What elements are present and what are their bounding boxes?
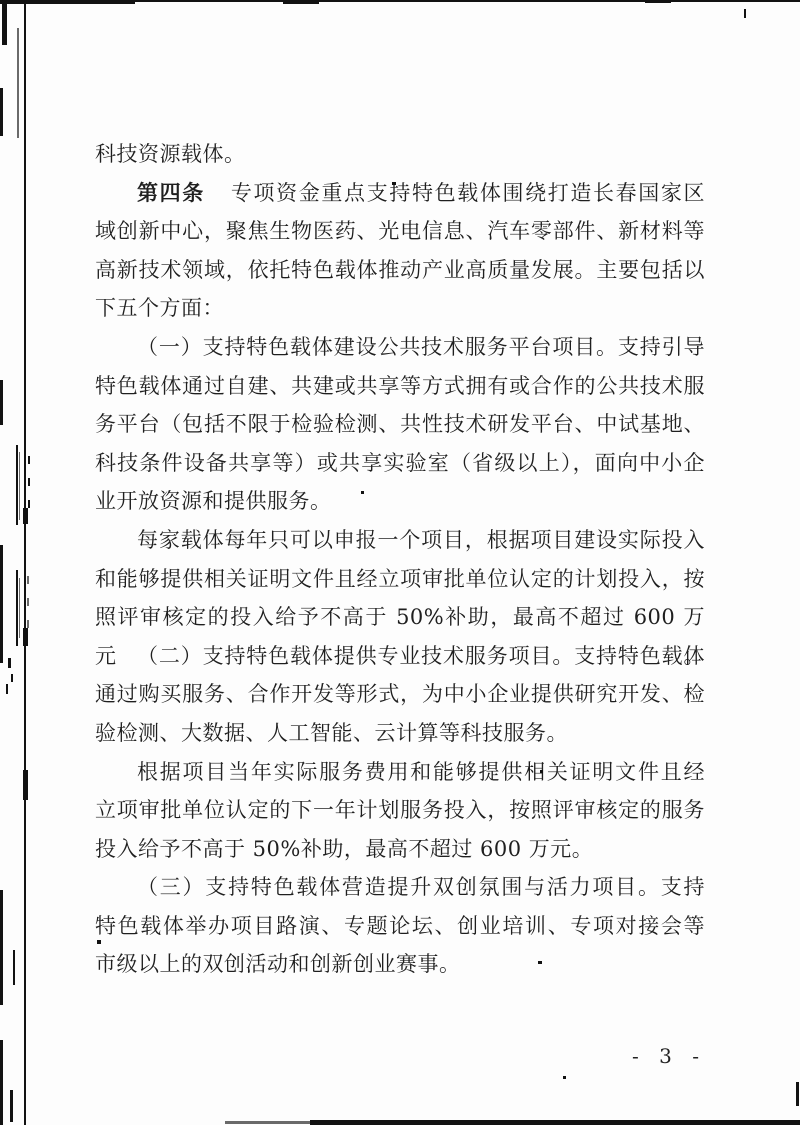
- scan-artifact: [796, 1082, 799, 1106]
- scan-artifact: [0, 890, 3, 1005]
- text-line: 投入给予不高于 50%补助，最高不超过 600 万元。: [95, 830, 705, 869]
- text-line: 验检测、大数据、人工智能、云计算等科技服务。: [95, 714, 705, 753]
- scan-artifact: [27, 576, 29, 584]
- document-text-block: 科技资源载体。 第四条专项资金重点支持特色载体围绕打造长春国家区 域创新中心，聚…: [95, 135, 705, 984]
- scan-artifact: [0, 88, 3, 136]
- scan-artifact: [0, 0, 135, 4]
- text-line: 下五个方面：: [95, 289, 705, 328]
- scan-artifact: [0, 1040, 3, 1125]
- text-line: 域创新中心，聚焦生物医药、光电信息、汽车零部件、新材料等: [95, 212, 705, 251]
- scan-artifact: [97, 940, 101, 944]
- text-line: 业开放资源和提供服务。: [95, 482, 705, 521]
- scan-artifact: [24, 0, 26, 1125]
- scan-artifact: [23, 628, 28, 646]
- text-line: 照评审核定的投入给予不高于 50%补助，最高不超过 600 万元。: [95, 598, 705, 637]
- scan-artifact: [563, 1076, 566, 1079]
- scan-artifact: [28, 478, 30, 486]
- text-line: 科技条件设备共享等）或共享实验室（省级以上），面向中小企: [95, 444, 705, 483]
- scan-artifact: [744, 9, 746, 18]
- scan-artifact: [27, 620, 29, 628]
- scan-artifact: [283, 0, 319, 4]
- scan-artifact: [16, 570, 18, 646]
- scan-artifact: [8, 658, 11, 668]
- text-line: 高新技术领域，依托特色载体推动产业高质量发展。主要包括以: [95, 251, 705, 290]
- text-line-item-2: （二）支持特色载体提供专业技术服务项目。支持特色载体: [95, 637, 705, 676]
- text-line: 根据项目当年实际服务费用和能够提供相关证明文件且经: [95, 753, 705, 792]
- scan-artifact: [392, 182, 396, 185]
- scan-artifact: [645, 0, 671, 3]
- text-line: 每家载体每年只可以申报一个项目，根据项目建设实际投入: [95, 521, 705, 560]
- scan-artifact: [6, 684, 8, 694]
- text-line: 特色载体举办项目路演、专题论坛、创业培训、专项对接会等: [95, 907, 705, 946]
- scan-artifact: [23, 770, 28, 800]
- scan-artifact: [11, 674, 13, 682]
- scan-artifact: [28, 500, 30, 508]
- scan-artifact: [27, 598, 29, 606]
- text-line: 和能够提供相关证明文件且经立项审批单位认定的计划投入，按: [95, 560, 705, 599]
- text-line: 通过购买服务、合作开发等形式，为中小企业提供研究开发、检: [95, 675, 705, 714]
- scanned-document-page: 科技资源载体。 第四条专项资金重点支持特色载体围绕打造长春国家区 域创新中心，聚…: [0, 0, 800, 1125]
- text-line: 特色载体通过自建、共建或共享等方式拥有或合作的公共技术服: [95, 367, 705, 406]
- text-line: 科技资源载体。: [95, 135, 705, 174]
- scan-artifact: [17, 28, 19, 138]
- scan-artifact: [310, 1120, 800, 1125]
- text-line-item-1: （一）支持特色载体建设公共技术服务平台项目。支持引导: [95, 328, 705, 367]
- scan-artifact: [2, 3, 7, 45]
- scan-artifact: [19, 578, 20, 638]
- text-line-item-3: （三）支持特色载体营造提升双创氛围与活力项目。支持: [95, 868, 705, 907]
- scan-artifact: [23, 508, 28, 524]
- text-line: 立项审批单位认定的下一年计划服务投入，按照评审核定的服务: [95, 791, 705, 830]
- scan-artifact: [10, 1090, 13, 1122]
- article-number-label: 第四条: [137, 180, 205, 205]
- scan-artifact: [361, 491, 364, 494]
- text-line: 市级以上的双创活动和创新创业赛事。: [95, 945, 705, 984]
- text-line-article-4: 第四条专项资金重点支持特色载体围绕打造长春国家区: [95, 174, 705, 213]
- scan-artifact: [225, 1121, 315, 1124]
- scan-artifact: [28, 456, 30, 464]
- text-line: 务平台（包括不限于检验检测、共性技术研发平台、中试基地、: [95, 405, 705, 444]
- scan-artifact: [13, 950, 15, 985]
- scan-artifact: [0, 545, 3, 663]
- scan-artifact: [540, 770, 543, 773]
- scan-artifact: [16, 445, 18, 525]
- page-number: - 3 -: [632, 1044, 704, 1068]
- scan-artifact: [0, 380, 3, 425]
- scan-artifact: [19, 452, 20, 520]
- scan-artifact: [538, 961, 542, 964]
- article-text: 专项资金重点支持特色载体围绕打造长春国家区: [231, 181, 705, 205]
